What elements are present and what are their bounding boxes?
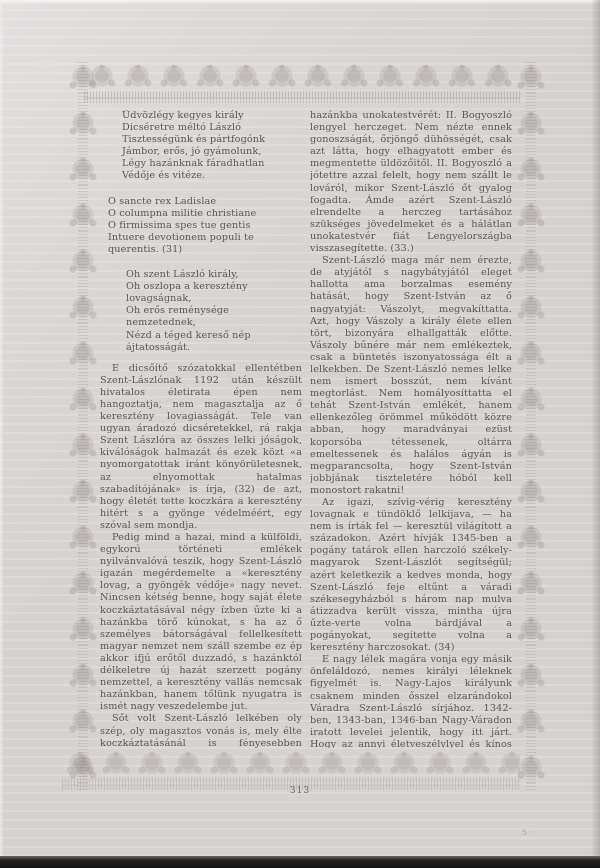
- paragraph: Szent-László maga már nem érezte, de aty…: [310, 255, 512, 497]
- text-block: Üdvözlégy kegyes király Dicséretre méltó…: [100, 110, 512, 748]
- verse-hungarian-opening: Üdvözlégy kegyes király Dicséretre méltó…: [122, 110, 302, 183]
- page-number: 313: [0, 786, 600, 796]
- ornament-border-right: [514, 61, 548, 792]
- scan-edge-bottom: [0, 856, 600, 868]
- paragraph: Az igazi, szívig-vérig keresztény lovagn…: [310, 497, 512, 654]
- scan-edge-top: [0, 0, 600, 5]
- column-left: Üdvözlégy kegyes király Dicséretre méltó…: [100, 110, 302, 748]
- paragraph: Sőt volt Szent-László lelkében oly szép,…: [100, 713, 302, 748]
- verse-latin: O sancte rex Ladislae O columpna militie…: [108, 196, 302, 256]
- paragraph: Pedig mind a hazai, mind a külföldi, egy…: [100, 532, 302, 713]
- printer-mark: 5·: [522, 828, 530, 837]
- paragraph: E dicsőítő szózatokkal ellentétben Szent…: [100, 363, 302, 532]
- paragraph: E nagy lélek magára vonja egy másik önfe…: [310, 654, 512, 748]
- ornament-border-left: [66, 61, 100, 792]
- ornament-border-top: [84, 61, 520, 107]
- verse-hungarian-translation: Oh szent László király, Oh oszlopa a ker…: [126, 269, 302, 354]
- paragraph: hazánkba unokatestvérét: II. Bogyoszló l…: [310, 110, 512, 255]
- scan-edge-right: [591, 0, 600, 868]
- scan-edge-left: [0, 0, 4, 868]
- column-right: hazánkba unokatestvérét: II. Bogyoszló l…: [310, 110, 512, 748]
- scanned-page-sheet: Üdvözlégy kegyes király Dicséretre méltó…: [0, 0, 600, 868]
